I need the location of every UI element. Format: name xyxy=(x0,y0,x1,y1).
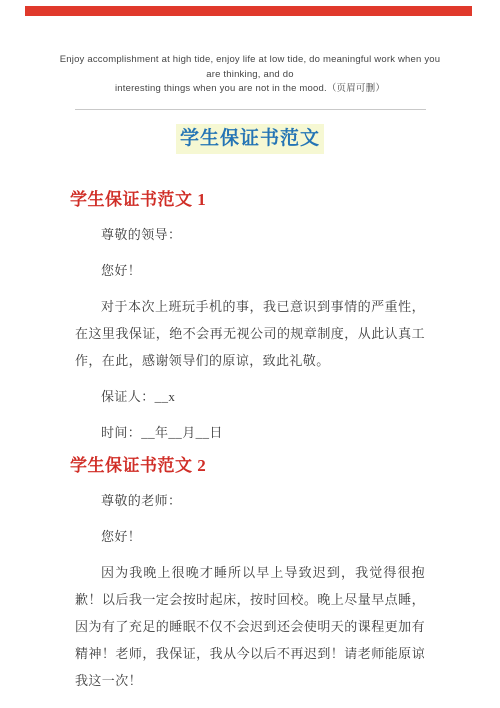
document-title: 学生保证书范文 xyxy=(176,124,324,154)
document-body: 学生保证书范文 1 尊敬的领导： 您好！ 对于本次上班玩手机的事，我已意识到事情… xyxy=(0,189,500,694)
section-1-signer-line: 保证人：__x xyxy=(75,383,425,410)
section-1-paragraph: 对于本次上班玩手机的事，我已意识到事情的严重性，在这里我保证，绝不会再无视公司的… xyxy=(75,293,425,374)
document-page: Enjoy accomplishment at high tide, enjoy… xyxy=(0,0,500,708)
section-1-date-line: 时间：__年__月__日 xyxy=(75,419,425,446)
header-red-bar xyxy=(25,6,472,16)
document-title-wrap: 学生保证书范文 xyxy=(0,124,500,154)
header-note-line2: interesting things when you are not in t… xyxy=(58,82,442,97)
section-2-greeting: 您好！ xyxy=(75,523,425,550)
header-note-line1: Enjoy accomplishment at high tide, enjoy… xyxy=(58,53,442,82)
section-2-salutation: 尊敬的老师： xyxy=(75,487,425,514)
header-divider xyxy=(75,109,426,110)
section-2-paragraph: 因为我晚上很晚才睡所以早上导致迟到，我觉得很抱歉！以后我一定会按时起床，按时回校… xyxy=(75,559,425,694)
section-1-greeting: 您好！ xyxy=(75,257,425,284)
page-header-note: Enjoy accomplishment at high tide, enjoy… xyxy=(58,53,442,97)
section-2-heading: 学生保证书范文 2 xyxy=(70,455,425,477)
section-1-salutation: 尊敬的领导： xyxy=(75,221,425,248)
section-1-heading: 学生保证书范文 1 xyxy=(70,189,425,211)
